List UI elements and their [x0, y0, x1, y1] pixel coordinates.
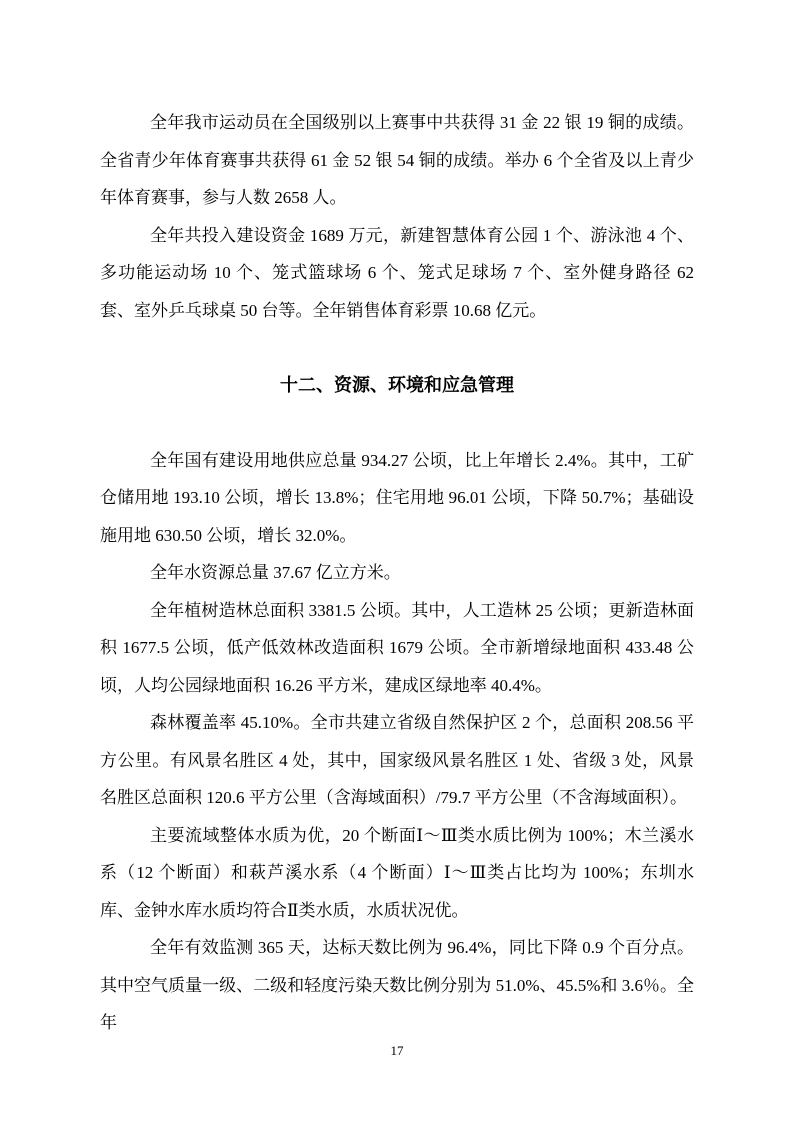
paragraph-sports-medals: 全年我市运动员在全国级别以上赛事中共获得 31 金 22 银 19 铜的成绩。全…: [100, 104, 694, 217]
paragraph-forest-coverage: 森林覆盖率 45.10%。全市共建立省级自然保护区 2 个，总面积 208.56…: [100, 704, 694, 817]
document-page: 全年我市运动员在全国级别以上赛事中共获得 31 金 22 银 19 铜的成绩。全…: [0, 0, 794, 1123]
document-body: 全年我市运动员在全国级别以上赛事中共获得 31 金 22 银 19 铜的成绩。全…: [100, 104, 694, 1042]
paragraph-water-resources: 全年水资源总量 37.67 亿立方米。: [100, 554, 694, 592]
paragraph-sports-facilities: 全年共投入建设资金 1689 万元，新建智慧体育公园 1 个、游泳池 4 个、多…: [100, 217, 694, 330]
section-heading: 十二、资源、环境和应急管理: [100, 367, 694, 405]
paragraph-land-supply: 全年国有建设用地供应总量 934.27 公顷，比上年增长 2.4%。其中，工矿仓…: [100, 442, 694, 555]
paragraph-afforestation: 全年植树造林总面积 3381.5 公顷。其中，人工造林 25 公顷；更新造林面积…: [100, 592, 694, 705]
page-number: 17: [0, 1042, 794, 1060]
paragraph-water-quality: 主要流域整体水质为优，20 个断面Ⅰ～Ⅲ类水质比例为 100%；木兰溪水系（12…: [100, 817, 694, 930]
paragraph-air-quality: 全年有效监测 365 天，达标天数比例为 96.4%，同比下降 0.9 个百分点…: [100, 929, 694, 1042]
